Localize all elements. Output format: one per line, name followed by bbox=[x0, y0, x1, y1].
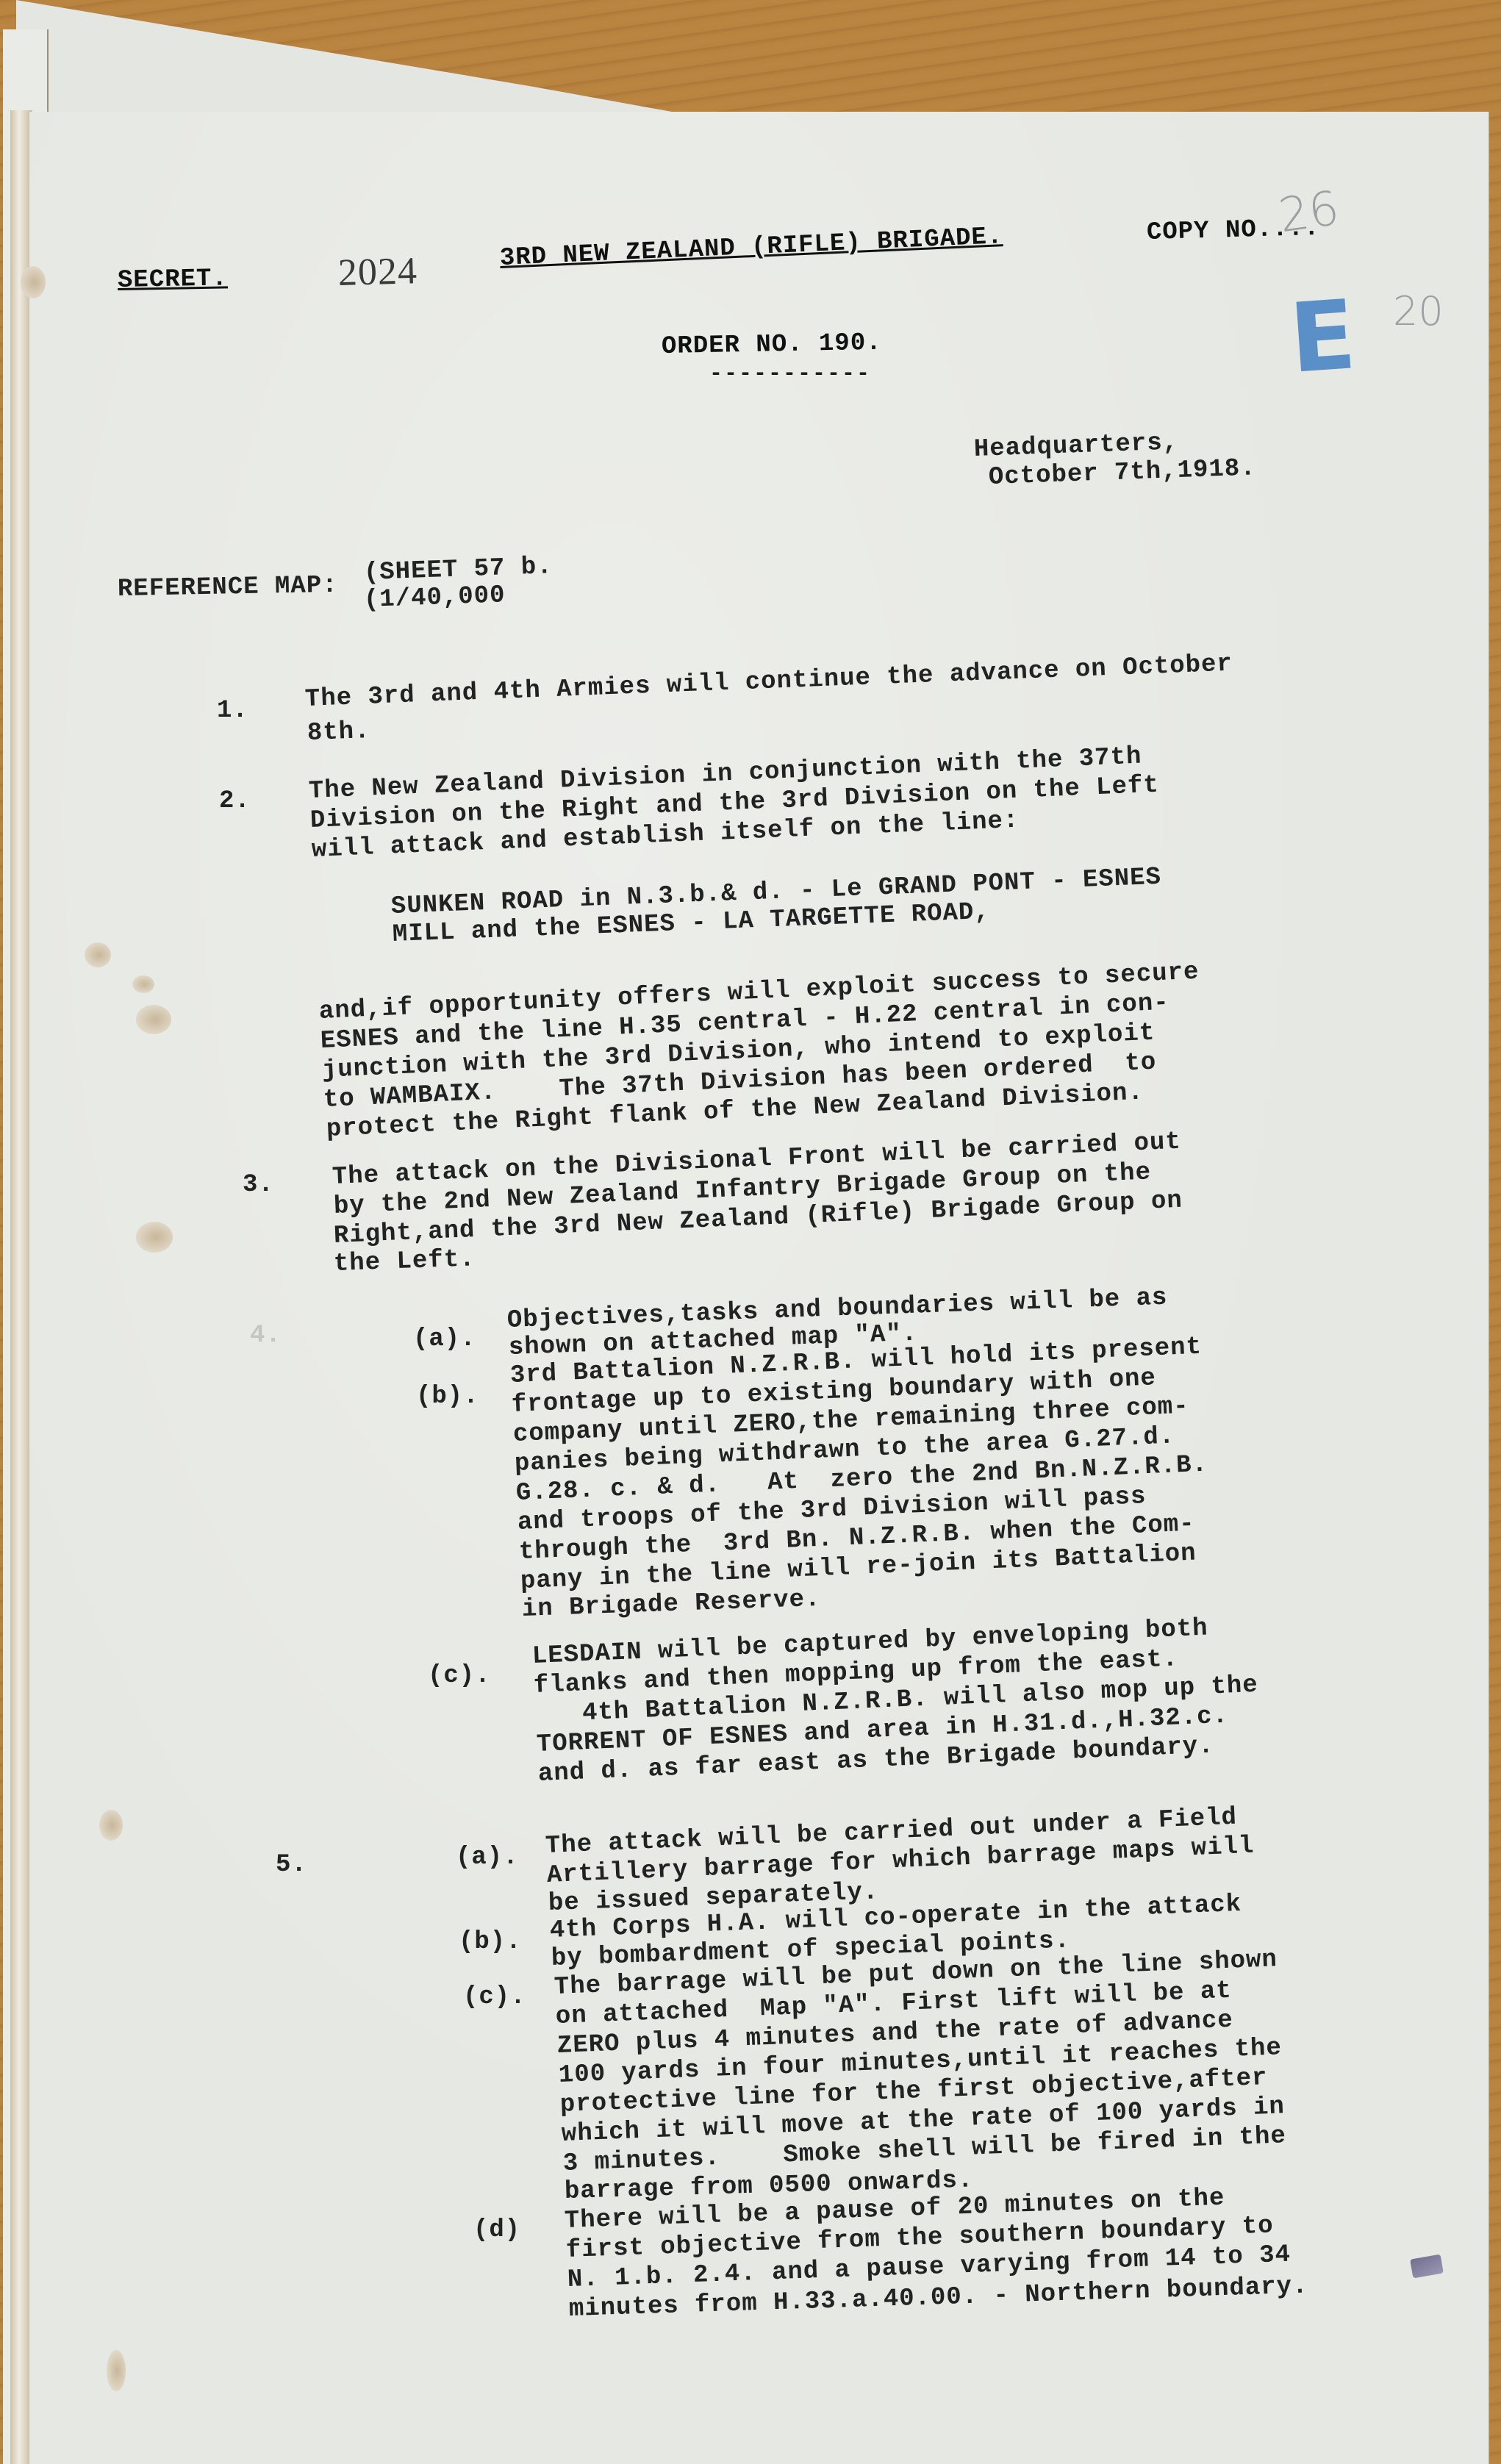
punch-hole bbox=[136, 1005, 171, 1034]
paragraph-number: 2. bbox=[219, 787, 251, 816]
ink-smudge-mark bbox=[1410, 2255, 1444, 2279]
pencil-folio-number: 20 bbox=[1393, 288, 1444, 334]
punch-hole bbox=[85, 942, 111, 967]
paragraph-number: 1. bbox=[217, 696, 248, 726]
subparagraph-label: (a). bbox=[413, 1325, 476, 1354]
subparagraph-label: (b). bbox=[459, 1927, 522, 1957]
paragraph-line: 8th. bbox=[307, 717, 370, 748]
subparagraph-label: (d) bbox=[473, 2216, 520, 2245]
punch-hole bbox=[107, 2350, 126, 2391]
subparagraph-label: (c). bbox=[463, 1983, 526, 2012]
punch-hole bbox=[21, 266, 46, 298]
punch-hole bbox=[132, 975, 154, 993]
subparagraph-label: (a). bbox=[456, 1843, 519, 1872]
unit-title: 3RD NEW ZEALAND (RIFLE) BRIGADE. bbox=[499, 222, 1003, 273]
paragraph-line: The 3rd and 4th Armies will continue the… bbox=[304, 650, 1233, 715]
order-title-underline: ----------- bbox=[709, 362, 871, 387]
order-title: ORDER NO. 190. bbox=[662, 329, 882, 362]
subparagraph-label: (c). bbox=[428, 1661, 491, 1691]
document-number: 2024 bbox=[337, 257, 418, 288]
subparagraph-label: (b). bbox=[416, 1382, 479, 1411]
punch-hole bbox=[136, 1222, 173, 1253]
document-page: SECRET. 2024 3RD NEW ZEALAND (RIFLE) BRI… bbox=[29, 112, 1489, 2464]
reference-map-label: REFERENCE MAP: bbox=[118, 571, 338, 604]
reference-map-scale: (1/40,000 bbox=[363, 581, 506, 615]
paragraph-number-faded: 4. bbox=[250, 1321, 282, 1350]
classification-label: SECRET. bbox=[118, 264, 229, 296]
paragraph-number: 5. bbox=[276, 1850, 307, 1880]
punch-hole bbox=[99, 1810, 123, 1841]
paragraph-number: 3. bbox=[243, 1170, 274, 1200]
copy-number-handwritten: 26 bbox=[1275, 182, 1342, 244]
paragraph-line: the Left. bbox=[333, 1244, 476, 1279]
blue-pencil-mark: E bbox=[1286, 279, 1359, 395]
